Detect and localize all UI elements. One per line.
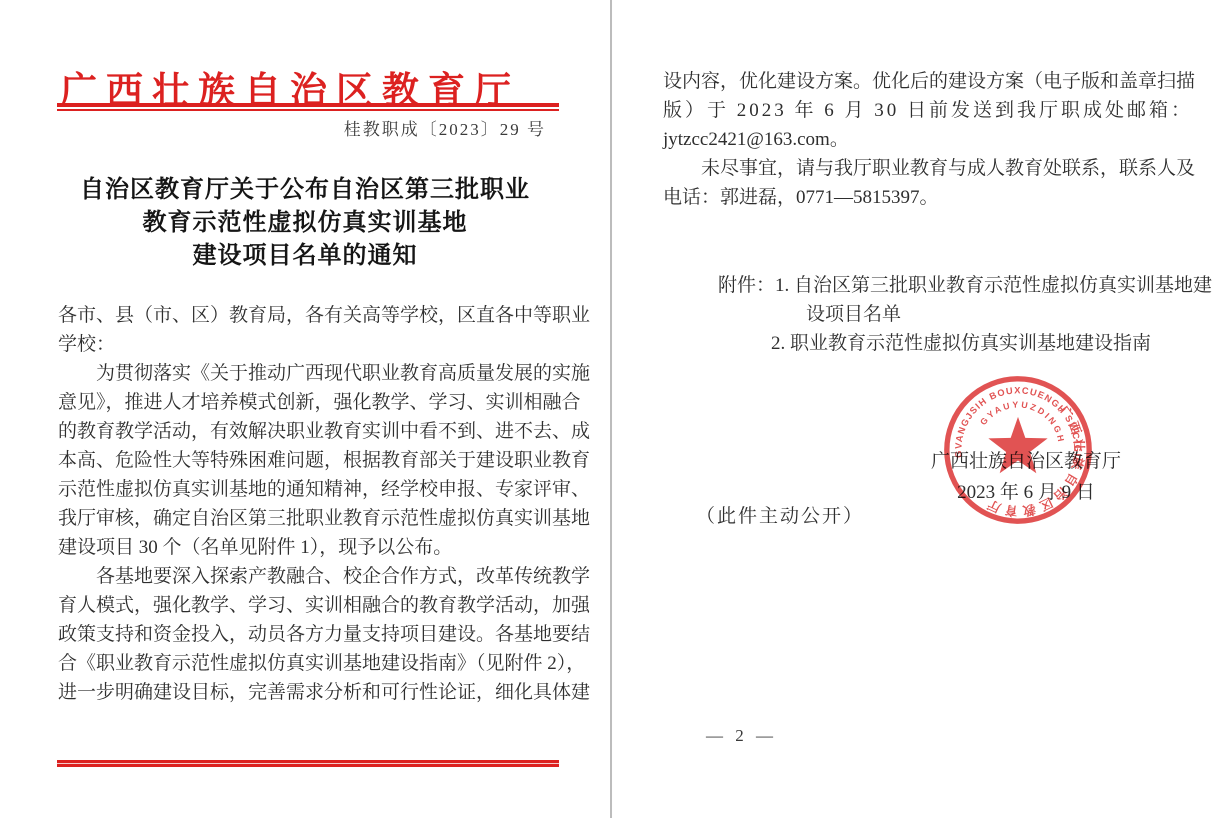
- attachment-item-1: 附件：1. 自治区第三批职业教育示范性虚拟仿真实训基地建: [718, 271, 1173, 300]
- document-title-line: 教育示范性虚拟仿真实训基地: [40, 207, 570, 240]
- body-line: 我厅审核，确定自治区第三批职业教育示范性虚拟仿真实训基地: [58, 504, 560, 533]
- body-line-phone: 电话：郭进磊，0771—5815397。: [663, 183, 1163, 212]
- body-line-email: jytzcc2421@163.com。: [663, 125, 1163, 154]
- document-number: 桂教职成〔2023〕29 号: [58, 115, 546, 140]
- body-line: 为贯彻落实《关于推动广西现代职业教育高质量发展的实施: [58, 359, 560, 388]
- page-divider-line: [610, 0, 612, 818]
- body-line: 的教育教学活动，有效解决职业教育实训中看不到、进不去、成: [58, 417, 560, 446]
- attachment-list: 附件：1. 自治区第三批职业教育示范性虚拟仿真实训基地建 设项目名单 2. 职业…: [663, 271, 1173, 358]
- attachment-item-2: 2. 职业教育示范性虚拟仿真实训基地建设指南: [771, 329, 1173, 358]
- page-1: 广西壮族自治区教育厅 桂教职成〔2023〕29 号 自治区教育厅关于公布自治区第…: [0, 0, 610, 818]
- body-line: 进一步明确建设目标，完善需求分析和可行性论证，细化具体建: [58, 678, 560, 707]
- body-line: 意见》，推进人才培养模式创新，强化教学、学习、实训相融合: [58, 388, 560, 417]
- document-title-line: 自治区教育厅关于公布自治区第三批职业: [40, 174, 570, 207]
- page-1-body-text: 各市、县（市、区）教育局，各有关高等学校，区直各中等职业 学校： 为贯彻落实《关…: [58, 301, 560, 707]
- body-line: 育人模式，强化教学、学习、实训相融合的教育教学活动，加强: [58, 591, 560, 620]
- document-title: 自治区教育厅关于公布自治区第三批职业 教育示范性虚拟仿真实训基地 建设项目名单的…: [40, 174, 570, 273]
- official-seal-stamp: GVANGJSIH BOUXCUENGH SWCIGIH 广西壮族自治区教育厅 …: [940, 372, 1096, 528]
- footer-rule-bottom: [57, 764, 559, 767]
- page-2-body-text: 设内容，优化建设方案。优化后的建设方案（电子版和盖章扫描 版）于 2023 年 …: [663, 67, 1163, 212]
- seal-star-icon: [988, 417, 1047, 473]
- body-line: 版）于 2023 年 6 月 30 日前发送到我厅职成处邮箱：: [663, 96, 1163, 125]
- letterhead-rule-thin: [57, 109, 559, 111]
- scanned-document: 广西壮族自治区教育厅 桂教职成〔2023〕29 号 自治区教育厅关于公布自治区第…: [0, 0, 1218, 818]
- page-2: 设内容，优化建设方案。优化后的建设方案（电子版和盖章扫描 版）于 2023 年 …: [613, 0, 1218, 818]
- document-title-line: 建设项目名单的通知: [40, 240, 570, 273]
- body-line: 示范性虚拟仿真实训基地的通知精神，经学校申报、专家评审、: [58, 475, 560, 504]
- body-line: 合《职业教育示范性虚拟仿真实训基地建设指南》（见附件 2），: [58, 649, 560, 678]
- body-line: 未尽事宜，请与我厅职业教育与成人教育处联系，联系人及: [663, 154, 1163, 183]
- disclosure-note: （此件主动公开）: [696, 501, 864, 528]
- body-line: 各市、县（市、区）教育局，各有关高等学校，区直各中等职业: [58, 301, 560, 330]
- attachment-item-1-continued: 设项目名单: [806, 300, 1173, 329]
- body-line: 各基地要深入探索产教融合、校企合作方式，改革传统教学: [58, 562, 560, 591]
- body-line: 建设项目 30 个（名单见附件 1），现予以公布。: [58, 533, 560, 562]
- page-number: — 2 —: [706, 726, 777, 746]
- body-line: 政策支持和资金投入，动员各方力量支持项目建设。各基地要结: [58, 620, 560, 649]
- body-line: 学校：: [58, 330, 560, 359]
- letterhead-rule: [57, 103, 559, 111]
- body-line: 设内容，优化建设方案。优化后的建设方案（电子版和盖章扫描: [663, 67, 1163, 96]
- page-footer-rule: [57, 760, 559, 767]
- body-line: 本高、危险性大等特殊困难问题，根据教育部关于建设职业教育: [58, 446, 560, 475]
